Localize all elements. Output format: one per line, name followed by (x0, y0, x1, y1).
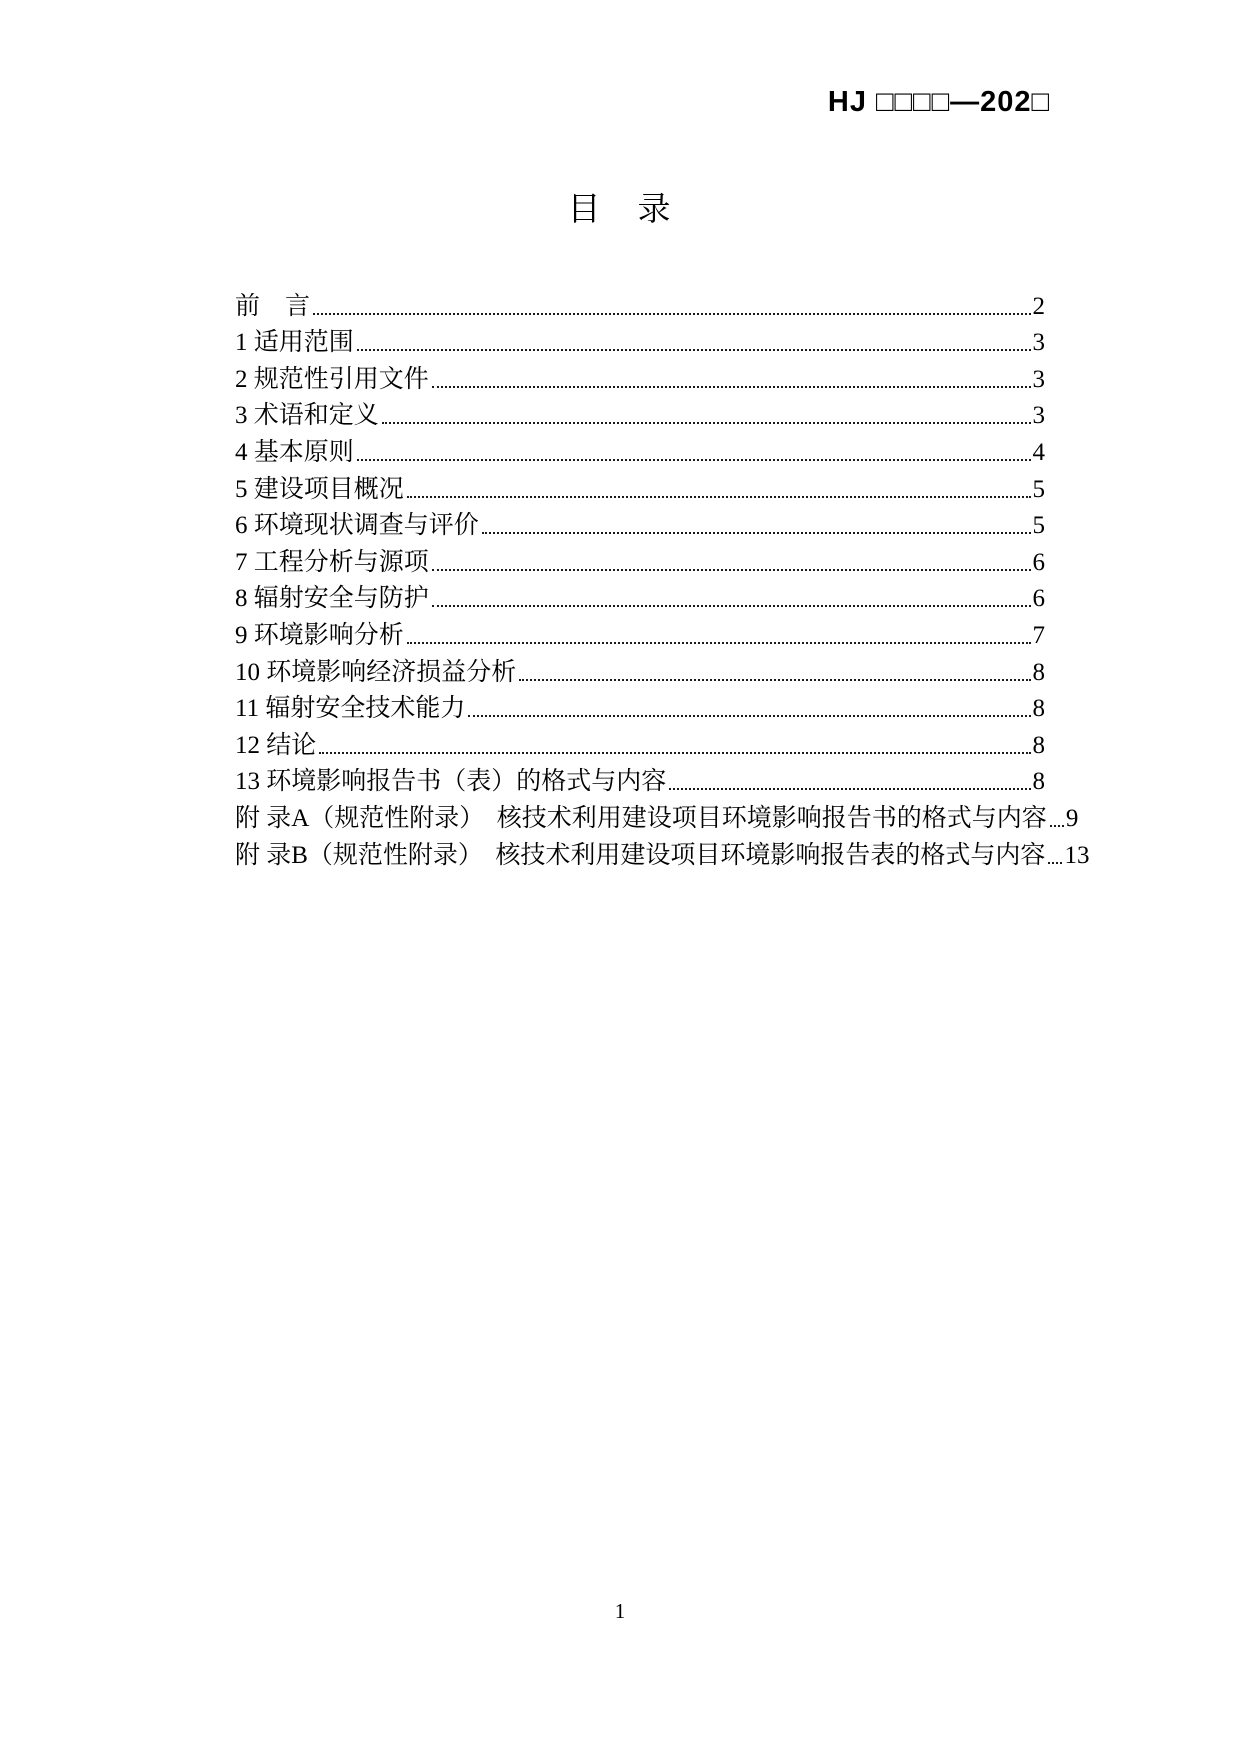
toc-entry: 10 环境影响经济损益分析 8 (235, 650, 1045, 687)
toc-entry-label: 12 结论 (235, 731, 316, 760)
toc-entry-page: 8 (1033, 658, 1046, 687)
toc-dot-leader (357, 459, 1031, 461)
toc-entry: 12 结论 8 (235, 723, 1045, 760)
toc-dot-leader (482, 532, 1031, 534)
toc-entry-label: 4 基本原则 (235, 438, 354, 467)
toc-entry: 11 辐射安全技术能力 8 (235, 687, 1045, 724)
toc-dot-leader (382, 422, 1031, 424)
toc-entry-page: 6 (1033, 548, 1046, 577)
toc-entry: 9 环境影响分析 7 (235, 613, 1045, 650)
toc-dot-leader (432, 386, 1031, 388)
toc-dot-leader (669, 788, 1030, 790)
toc-entry: 前 言 2 (235, 284, 1045, 321)
toc-entry-label: 6 环境现状调查与评价 (235, 511, 479, 540)
toc-entry: 1 适用范围 3 (235, 321, 1045, 358)
toc-dot-leader (407, 642, 1031, 644)
toc-entry: 8 辐射安全与防护 6 (235, 577, 1045, 614)
toc-entry-label: 8 辐射安全与防护 (235, 584, 429, 613)
toc-entry: 6 环境现状调查与评价 5 (235, 504, 1045, 541)
footer-page-number: 1 (0, 1598, 1240, 1624)
document-page: HJ □□□□—202□ 目 录 前 言 2 1 适用范围 3 2 规范性引用文… (0, 0, 1240, 1754)
toc-entry-label: 前 言 (235, 292, 310, 321)
toc-entry-page: 6 (1033, 584, 1046, 613)
toc-entry-page: 8 (1033, 767, 1046, 796)
toc-entry-label: 11 辐射安全技术能力 (235, 694, 465, 723)
toc-entry: 4 基本原则 4 (235, 430, 1045, 467)
toc-entry-label: 3 术语和定义 (235, 401, 379, 430)
toc-entry-page: 9 (1066, 804, 1079, 833)
toc-entry-page: 7 (1033, 621, 1046, 650)
toc-entry-page: 5 (1033, 475, 1046, 504)
toc-entry: 附 录A（规范性附录） 核技术利用建设项目环境影响报告书的格式与内容 9 (235, 796, 1045, 833)
toc-dot-leader (1048, 862, 1062, 864)
toc-entry: 13 环境影响报告书（表）的格式与内容 8 (235, 760, 1045, 797)
toc-entry-page: 3 (1033, 328, 1046, 357)
toc-entry-page: 8 (1033, 694, 1046, 723)
toc-entry: 5 建设项目概况 5 (235, 467, 1045, 504)
toc-dot-leader (407, 496, 1031, 498)
toc-entry-label: 附 录B（规范性附录） 核技术利用建设项目环境影响报告表的格式与内容 (235, 841, 1045, 870)
toc-entry: 附 录B（规范性附录） 核技术利用建设项目环境影响报告表的格式与内容 13 (235, 833, 1045, 870)
standard-code-header: HJ □□□□—202□ (0, 84, 1050, 120)
toc-entry: 2 规范性引用文件 3 (235, 357, 1045, 394)
toc-entry-label: 5 建设项目概况 (235, 475, 404, 504)
toc-dot-leader (468, 715, 1030, 717)
toc-entry-page: 13 (1064, 841, 1089, 870)
toc-list: 前 言 2 1 适用范围 3 2 规范性引用文件 3 3 术语和定义 3 4 基… (235, 284, 1045, 870)
toc-entry-page: 2 (1033, 292, 1046, 321)
toc-dot-leader (432, 605, 1031, 607)
toc-dot-leader (1050, 825, 1064, 827)
toc-entry-label: 9 环境影响分析 (235, 621, 404, 650)
toc-entry-label: 10 环境影响经济损益分析 (235, 658, 516, 687)
toc-entry-page: 5 (1033, 511, 1046, 540)
toc-entry-label: 1 适用范围 (235, 328, 354, 357)
toc-entry-page: 3 (1033, 401, 1046, 430)
toc-entry-label: 7 工程分析与源项 (235, 548, 429, 577)
toc-entry: 7 工程分析与源项 6 (235, 540, 1045, 577)
toc-entry-page: 4 (1033, 438, 1046, 467)
toc-entry-page: 3 (1033, 365, 1046, 394)
toc-entry-page: 8 (1033, 731, 1046, 760)
toc-dot-leader (519, 679, 1030, 681)
toc-entry-label: 2 规范性引用文件 (235, 365, 429, 394)
toc-dot-leader (357, 349, 1031, 351)
toc-dot-leader (313, 313, 1030, 315)
toc-dot-leader (432, 569, 1031, 571)
toc-dot-leader (319, 752, 1030, 754)
toc-entry-label: 附 录A（规范性附录） 核技术利用建设项目环境影响报告书的格式与内容 (235, 804, 1047, 833)
toc-entry-label: 13 环境影响报告书（表）的格式与内容 (235, 767, 666, 796)
toc-entry: 3 术语和定义 3 (235, 394, 1045, 431)
page-title: 目 录 (0, 188, 1240, 232)
